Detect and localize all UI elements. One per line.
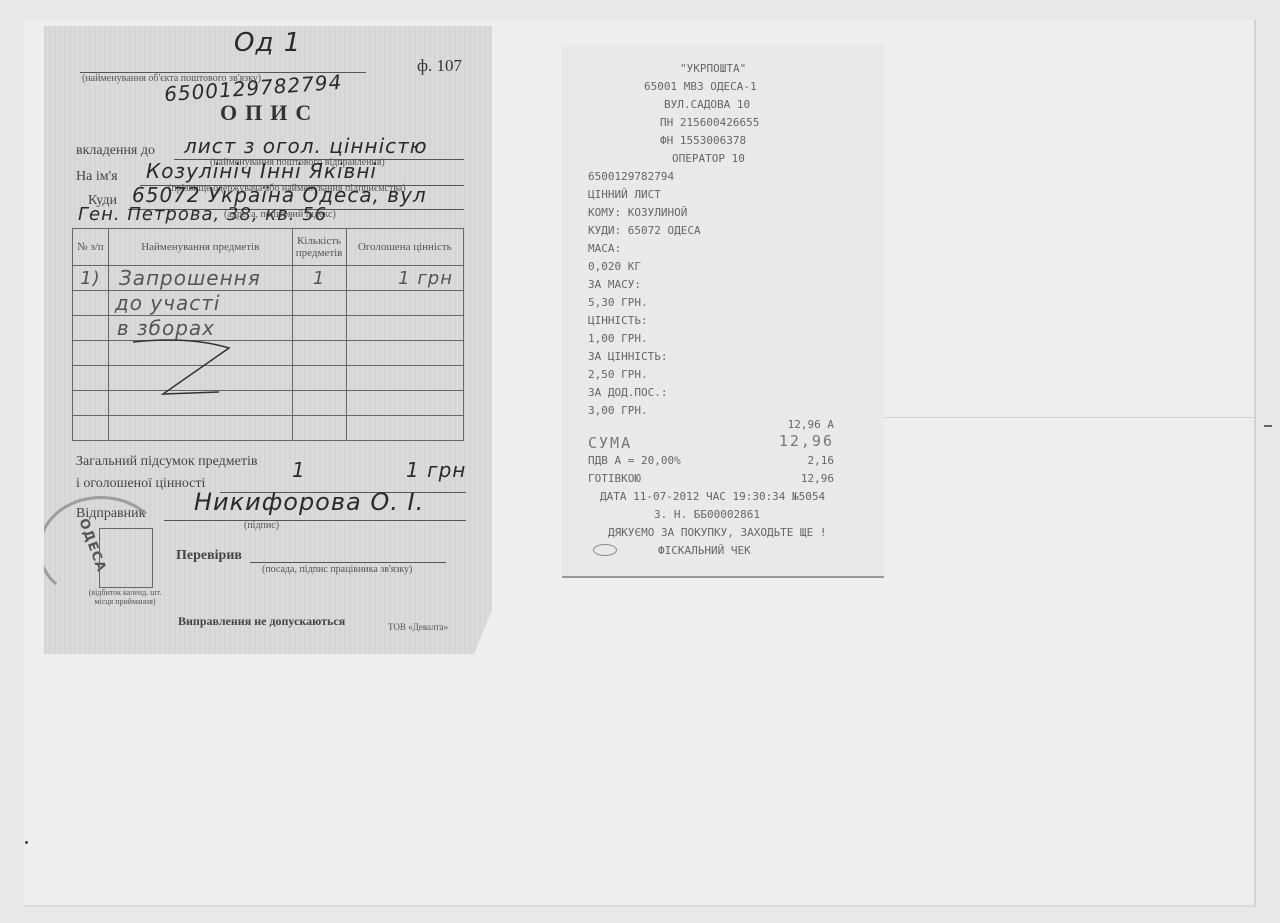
totals-value: 1 грн bbox=[406, 458, 466, 482]
receipt-to: КОМУ: КОЗУЛИНОЙ bbox=[588, 206, 687, 219]
receipt-mass-fee-value: 5,30 ГРН. bbox=[588, 296, 648, 309]
receipt-where: КУДИ: 65072 ОДЕСА bbox=[588, 224, 701, 237]
receipt-thanks: ДЯКУЄМО ЗА ПОКУПКУ, ЗАХОДЬТЕ ЩЕ ! bbox=[608, 526, 827, 539]
address-caption: (адреса, поштовий індекс) bbox=[224, 209, 336, 220]
z-strike-mark bbox=[129, 336, 249, 396]
form-number: ф. 107 bbox=[417, 56, 462, 76]
table-row bbox=[73, 366, 464, 391]
cell-qty bbox=[292, 341, 346, 366]
cell-no bbox=[73, 416, 109, 441]
cell-qty bbox=[292, 416, 346, 441]
table-header-row: № з/п Найменування предметів Кількість п… bbox=[73, 229, 464, 266]
cell-qty: 1 bbox=[292, 266, 346, 291]
receipt-vat-value: 2,16 bbox=[808, 454, 835, 467]
tax-logo-icon bbox=[593, 544, 617, 556]
cell-qty bbox=[292, 291, 346, 316]
cell-no bbox=[73, 341, 109, 366]
checked-label: Перевірив bbox=[176, 548, 242, 564]
receipt-value-label: ЦІННІСТЬ: bbox=[588, 314, 648, 327]
receipt-cash-label: ГОТІВКОЮ bbox=[588, 472, 641, 485]
inventory-form-107: Од 1 (найменування об'єкта поштового зв'… bbox=[44, 26, 492, 654]
cell-no bbox=[73, 366, 109, 391]
scan-speck bbox=[25, 841, 28, 844]
fiscal-receipt: "УКРПОШТА" 65001 МВЗ ОДЕСА-1 ВУЛ.САДОВА … bbox=[562, 44, 884, 578]
printer-name: ТОВ «Девалта» bbox=[388, 622, 448, 632]
cell-value bbox=[346, 316, 463, 341]
footer-notice: Виправлення не допускаються bbox=[178, 614, 345, 629]
cell-value bbox=[346, 366, 463, 391]
cell-value: 1 грн bbox=[346, 266, 463, 291]
col-header-no: № з/п bbox=[73, 229, 109, 266]
cell-value bbox=[346, 391, 463, 416]
cell-value bbox=[346, 416, 463, 441]
table-row bbox=[73, 391, 464, 416]
receipt-vat-label: ПДВ А = 20,00% bbox=[588, 454, 681, 467]
recipient-value: Козулініч Інні Яківні bbox=[146, 159, 377, 183]
items-table: № з/п Найменування предметів Кількість п… bbox=[72, 228, 464, 441]
cell-no bbox=[73, 391, 109, 416]
receipt-fiscal-label: ФІСКАЛЬНИЙ ЧЕК bbox=[658, 544, 751, 557]
cell-value bbox=[346, 291, 463, 316]
cell-qty bbox=[292, 366, 346, 391]
receipt-datetime: ДАТА 11-07-2012 ЧАС 19:30:34 №5054 bbox=[600, 490, 825, 503]
col-header-qty: Кількість предметів bbox=[292, 229, 346, 266]
edge-mark bbox=[1264, 425, 1272, 427]
stamp-caption: (відбиток календ. шт. місця приймання) bbox=[82, 588, 168, 606]
totals-label-line1: Загальний підсумок предметів bbox=[76, 454, 258, 470]
cell-name bbox=[108, 366, 292, 391]
sender-signature: Никифорова О. І. bbox=[194, 488, 424, 516]
receipt-company: "УКРПОШТА" bbox=[680, 62, 746, 75]
receipt-item-type: ЦІННИЙ ЛИСТ bbox=[588, 188, 661, 201]
receipt-street: ВУЛ.САДОВА 10 bbox=[664, 98, 750, 111]
table-row bbox=[73, 416, 464, 441]
receipt-subtotal: 12,96 А bbox=[788, 418, 834, 431]
receipt-mass-value: 0,020 КГ bbox=[588, 260, 641, 273]
receipt-tracking: 6500129782794 bbox=[588, 170, 674, 183]
receipt-mass-fee-label: ЗА МАСУ: bbox=[588, 278, 641, 291]
receipt-fiscal-no: ФН 1553006378 bbox=[660, 134, 746, 147]
cell-no bbox=[73, 291, 109, 316]
handwritten-branch: Од 1 bbox=[234, 28, 301, 58]
receipt-value-value: 1,00 ГРН. bbox=[588, 332, 648, 345]
enclosure-value: лист з огол. цінністю bbox=[184, 134, 428, 158]
receipt-extra-value: 3,00 ГРН. bbox=[588, 404, 648, 417]
cell-qty bbox=[292, 391, 346, 416]
receipt-serial: З. Н. ББ00002861 bbox=[654, 508, 760, 521]
cell-value bbox=[346, 341, 463, 366]
signature-caption: (підпис) bbox=[244, 520, 279, 531]
receipt-value-fee-label: ЗА ЦІННІСТЬ: bbox=[588, 350, 667, 363]
cell-name bbox=[108, 391, 292, 416]
cell-qty bbox=[292, 316, 346, 341]
cell-name: до участі bbox=[108, 291, 292, 316]
receipt-sum-label: СУМА bbox=[588, 434, 632, 452]
receipt-office: 65001 МВЗ ОДЕСА-1 bbox=[644, 80, 757, 93]
receipt-sum-value: 12,96 bbox=[779, 432, 834, 450]
enclosure-label: вкладення до bbox=[76, 143, 155, 159]
totals-label-line2: і оголошеної цінності bbox=[76, 476, 205, 492]
form-title: ОПИС bbox=[220, 100, 319, 126]
stamp-box bbox=[99, 528, 153, 588]
col-header-name: Найменування предметів bbox=[108, 229, 292, 266]
receipt-mass-label: МАСА: bbox=[588, 242, 621, 255]
col-header-value: Оголошена цінність bbox=[346, 229, 463, 266]
table-row: до участі bbox=[73, 291, 464, 316]
checked-caption: (посада, підпис працівника зв'язку) bbox=[262, 564, 412, 575]
totals-qty: 1 bbox=[292, 458, 306, 482]
cell-name: Запрошення bbox=[108, 266, 292, 291]
receipt-operator: ОПЕРАТОР 10 bbox=[672, 152, 745, 165]
receipt-extra-label: ЗА ДОД.ПОС.: bbox=[588, 386, 667, 399]
table-row: 1) Запрошення 1 1 грн bbox=[73, 266, 464, 291]
receipt-tax-id: ПН 215600426655 bbox=[660, 116, 759, 129]
receipt-cash-value: 12,96 bbox=[801, 472, 834, 485]
receipt-value-fee-value: 2,50 ГРН. bbox=[588, 368, 648, 381]
cell-no bbox=[73, 316, 109, 341]
recipient-label: На ім'я bbox=[76, 169, 118, 185]
cell-no: 1) bbox=[73, 266, 109, 291]
cell-name bbox=[108, 416, 292, 441]
